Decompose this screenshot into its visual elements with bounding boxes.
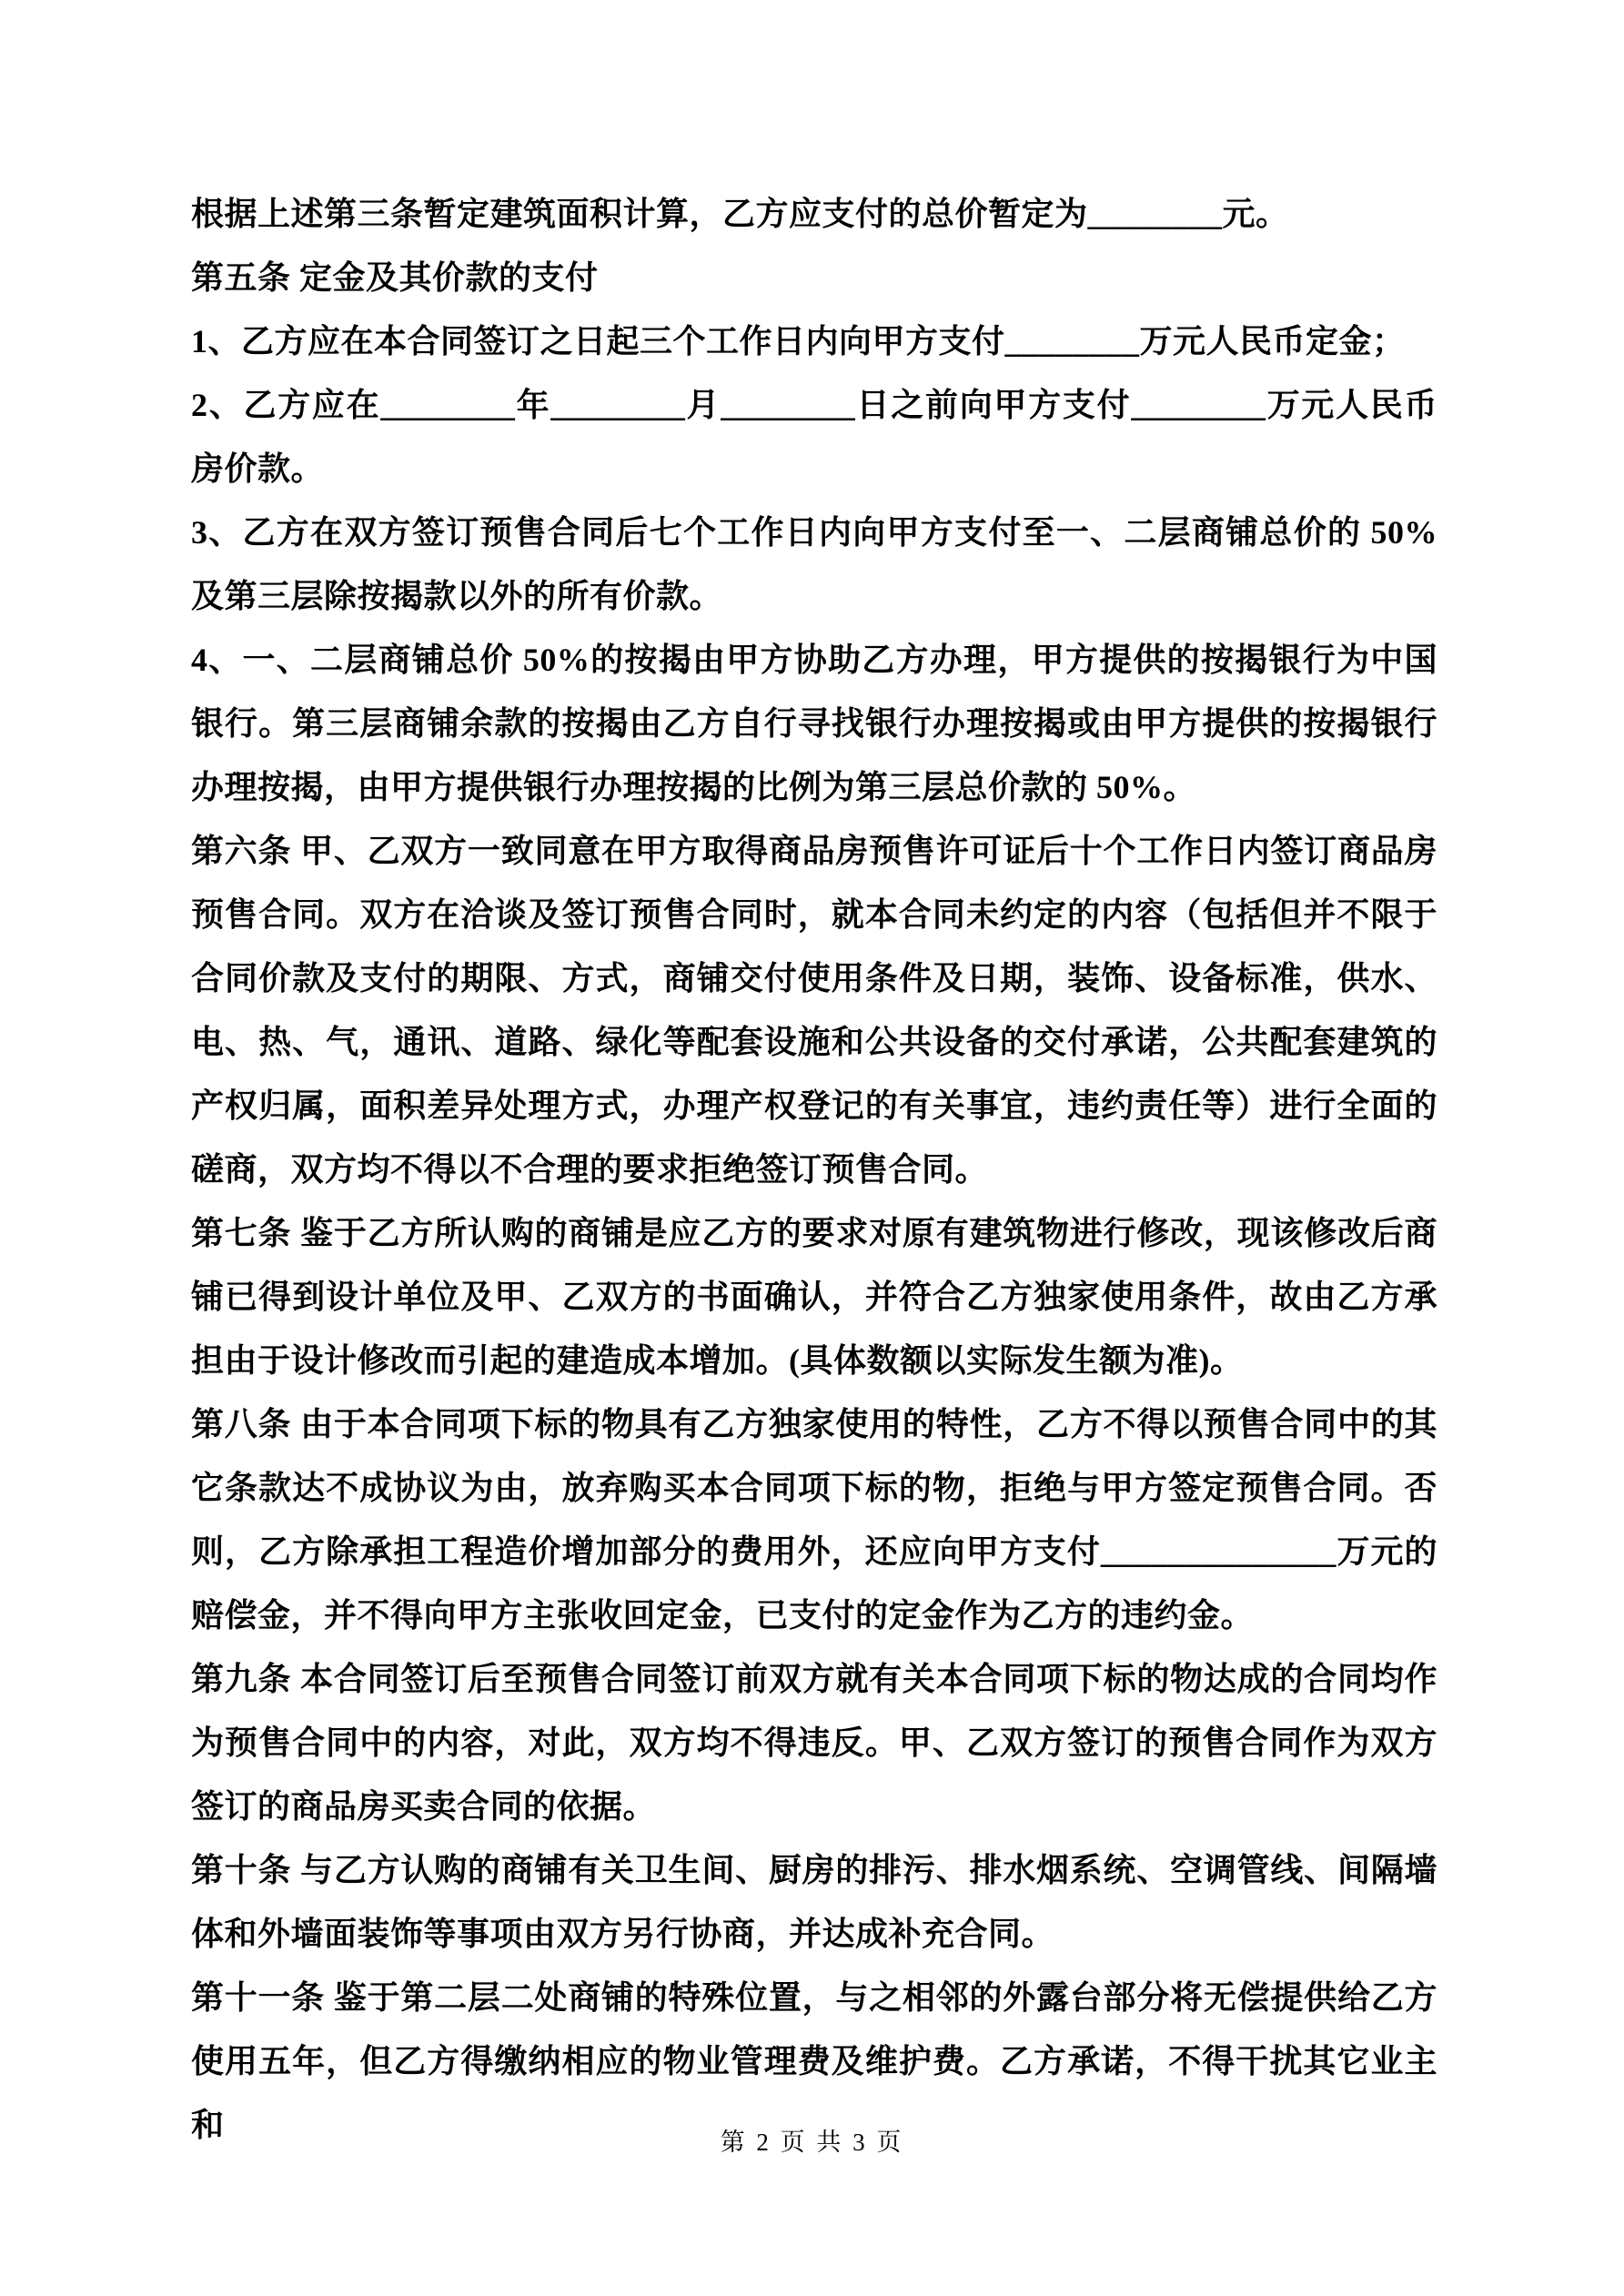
paragraph-article-7: 第七条 鉴于乙方所认购的商铺是应乙方的要求对原有建筑物进行修改，现该修改后商铺已…: [191, 1201, 1437, 1392]
paragraph-article-10: 第十条 与乙方认购的商铺有关卫生间、厨房的排污、排水烟系统、空调管线、间隔墙体和…: [191, 1838, 1437, 1966]
paragraph-article-6: 第六条 甲、乙双方一致同意在甲方取得商品房预售许可证后十个工作日内签订商品房预售…: [191, 819, 1437, 1201]
paragraph-article-5-item-2: 2、乙方应在________年________月________日之前向甲方支付…: [191, 373, 1437, 501]
paragraph-article-8: 第八条 由于本合同项下标的物具有乙方独家使用的特性，乙方不得以预售合同中的其它条…: [191, 1392, 1437, 1647]
paragraph-article-5-item-3: 3、乙方在双方签订预售合同后七个工作日内向甲方支付至一、二层商铺总价的 50%及…: [191, 501, 1437, 628]
paragraph-article-9: 第九条 本合同签订后至预售合同签订前双方就有关本合同项下标的物达成的合同均作为预…: [191, 1647, 1437, 1838]
contract-body: 根据上述第三条暂定建筑面积计算，乙方应支付的总价暂定为________元。 第五…: [191, 182, 1437, 2157]
paragraph-article-5-item-1: 1、乙方应在本合同签订之日起三个工作日内向甲方支付________万元人民币定金…: [191, 309, 1437, 373]
paragraph-total-price: 根据上述第三条暂定建筑面积计算，乙方应支付的总价暂定为________元。: [191, 182, 1437, 246]
page-number-footer: 第 2 页 共 3 页: [0, 2122, 1624, 2158]
section-heading-article-5: 第五条 定金及其价款的支付: [191, 246, 1437, 309]
contract-document-page: 根据上述第三条暂定建筑面积计算，乙方应支付的总价暂定为________元。 第五…: [0, 0, 1624, 2296]
paragraph-article-5-item-4: 4、一、二层商铺总价 50%的按揭由甲方协助乙方办理，甲方提供的按揭银行为中国银…: [191, 628, 1437, 819]
